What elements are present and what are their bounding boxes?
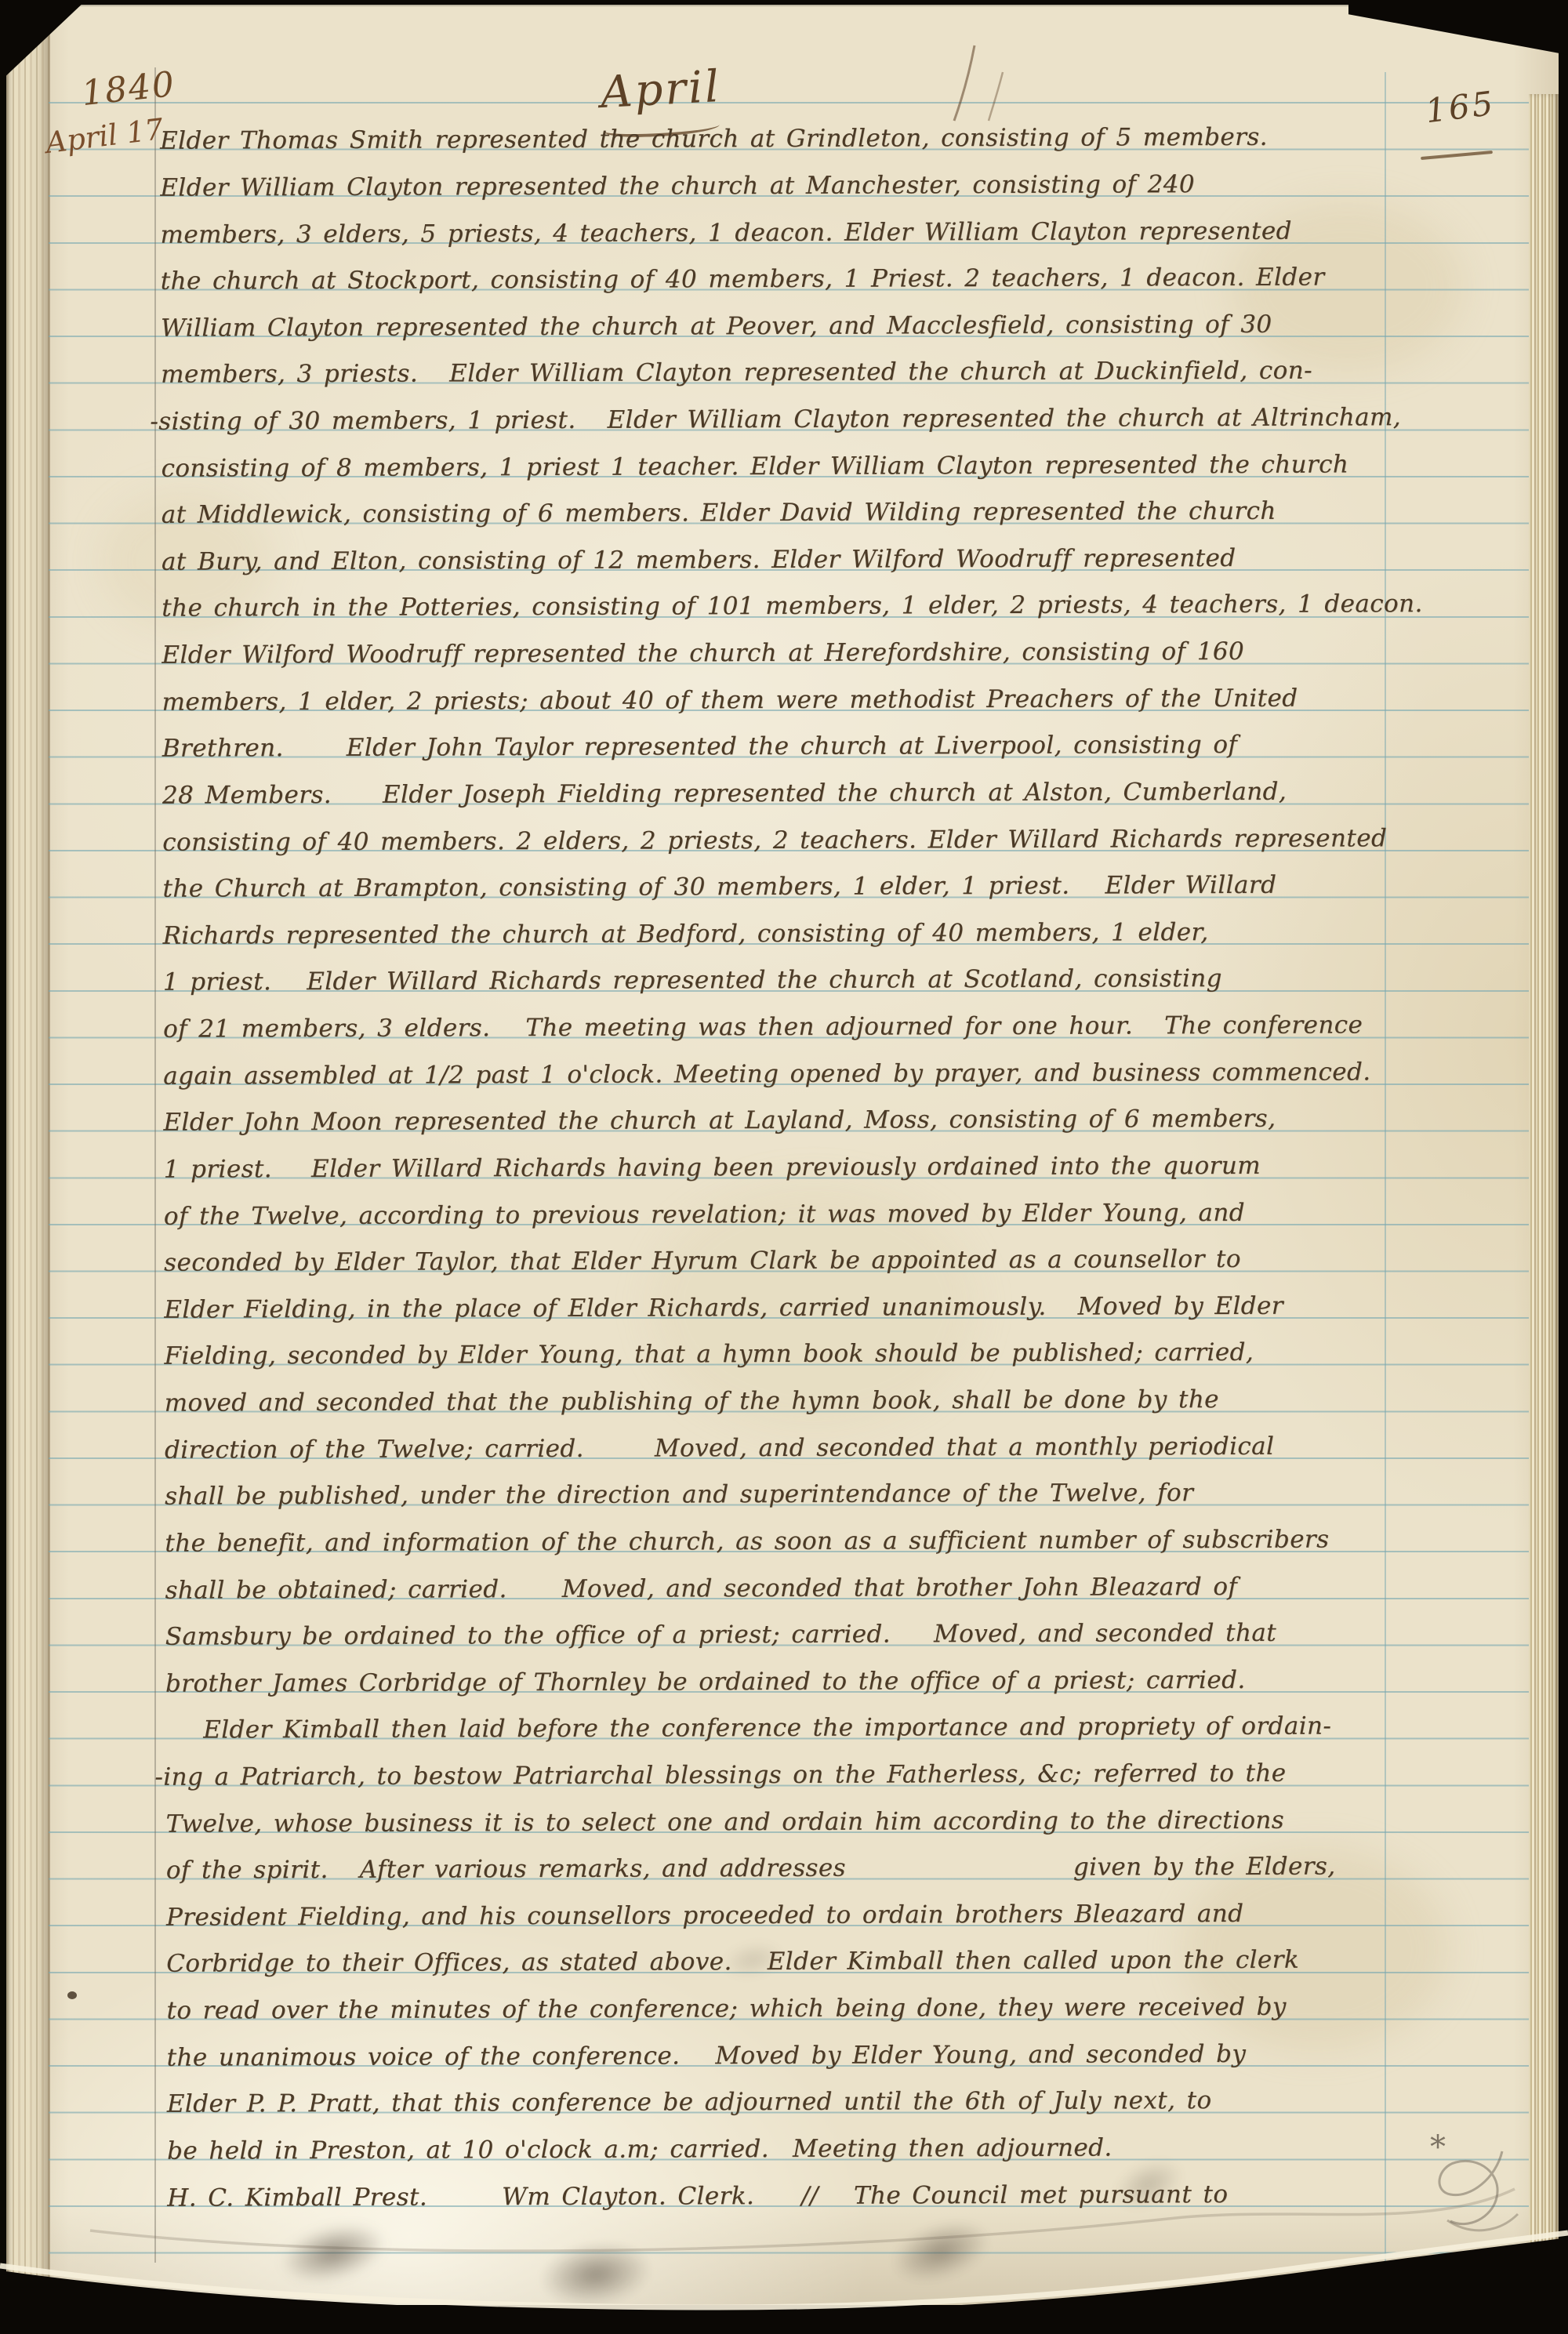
- background-top-edge: [0, 0, 1568, 7]
- bottom-page-edge: [0, 0, 1568, 2334]
- manuscript-photo: 1840 April 165 April 17 Elder Thomas Smi…: [0, 0, 1568, 2334]
- background-bottom: [0, 2238, 1568, 2334]
